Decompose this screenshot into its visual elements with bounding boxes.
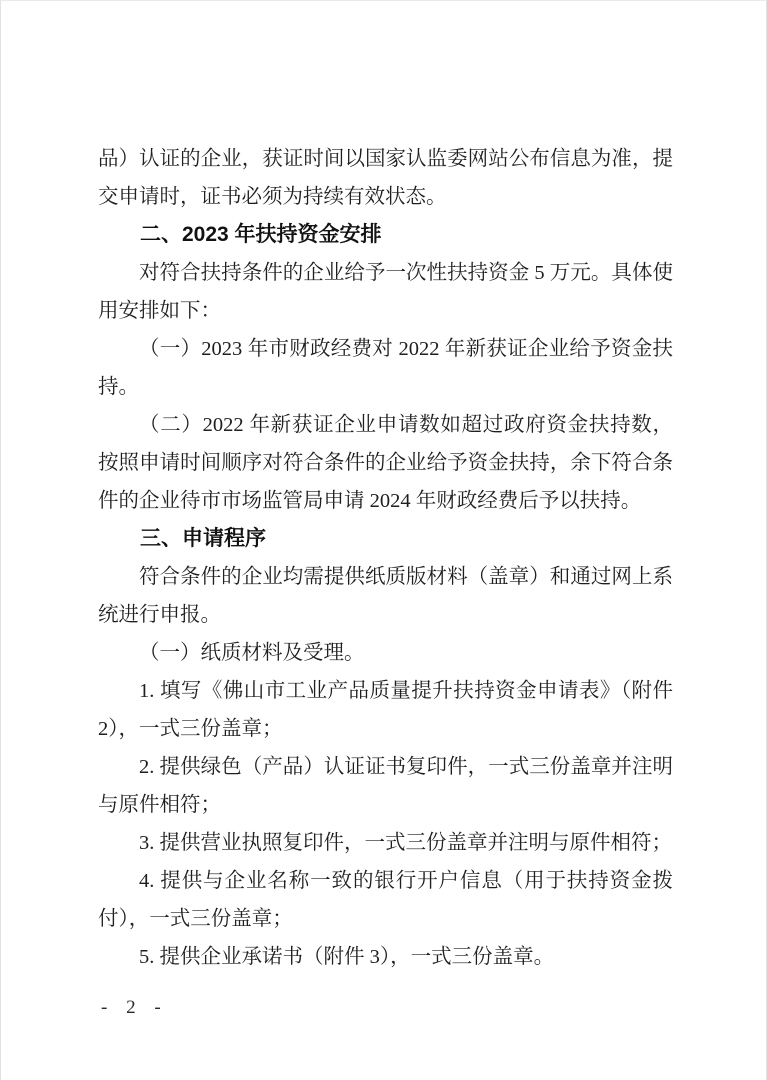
paragraph: 2. 提供绿色（产品）认证证书复印件，一式三份盖章并注明与原件相符； [98, 748, 673, 824]
page-number: - 2 - [101, 997, 168, 1019]
paragraph: 4. 提供与企业名称一致的银行开户信息（用于扶持资金拨付），一式三份盖章； [98, 862, 673, 938]
paragraph: 3. 提供营业执照复印件，一式三份盖章并注明与原件相符； [98, 824, 673, 862]
paragraph: 符合条件的企业均需提供纸质版材料（盖章）和通过网上系统进行申报。 [98, 558, 673, 634]
paragraph: （一）2023 年市财政经费对 2022 年新获证企业给予资金扶持。 [98, 330, 673, 406]
document-body: 品）认证的企业，获证时间以国家认监委网站公布信息为准，提交申请时，证书必须为持续… [98, 140, 673, 976]
paragraph: 对符合扶持条件的企业给予一次性扶持资金 5 万元。具体使用安排如下： [98, 254, 673, 330]
section-heading: 二、2023 年扶持资金安排 [98, 216, 673, 254]
paragraph: 1. 填写《佛山市工业产品质量提升扶持资金申请表》（附件 2），一式三份盖章； [98, 672, 673, 748]
paragraph: （一）纸质材料及受理。 [98, 634, 673, 672]
paragraph: （二）2022 年新获证企业申请数如超过政府资金扶持数，按照申请时间顺序对符合条… [98, 406, 673, 520]
paragraph: 品）认证的企业，获证时间以国家认监委网站公布信息为准，提交申请时，证书必须为持续… [98, 140, 673, 216]
section-heading: 三、申请程序 [98, 520, 673, 558]
document-page: 品）认证的企业，获证时间以国家认监委网站公布信息为准，提交申请时，证书必须为持续… [0, 0, 767, 1080]
paragraph: 5. 提供企业承诺书（附件 3），一式三份盖章。 [98, 938, 673, 976]
